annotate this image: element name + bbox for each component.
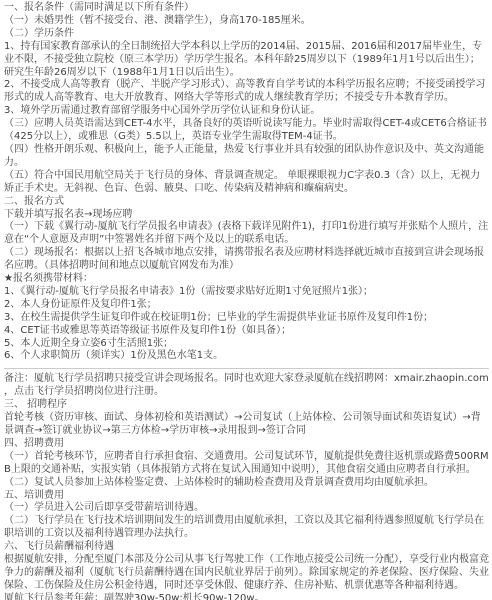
paragraph: 下载并填写报名表→现场应聘 bbox=[4, 209, 489, 222]
paragraph: （二）学历条件 bbox=[4, 28, 489, 41]
paragraph: （一）学员进入公司后即享受带薪培训待遇。 bbox=[4, 502, 489, 515]
paragraph: （二）飞行学员在飞行技术培训期间发生的培训费用由厦航承担，工资以及其它福利待遇参… bbox=[4, 515, 489, 541]
paragraph: 根据厦航安排，分配至厦门本部及分公司从事飞行驾驶工作（工作地点接受公司统一分配）… bbox=[4, 554, 489, 593]
paragraph: 6、个人求职简历（须详实）1份及黑色水笔1支。 bbox=[4, 350, 489, 363]
paragraph: 首轮考核（资历审核、面试、身体初检和英语测试）→公司复试（上站体检、公司领导面试… bbox=[4, 412, 489, 438]
paragraph: 1、《翼行动-厦航飞行学员报名申请表》1份（需按要求贴好近期1寸免冠照片1张）； bbox=[4, 286, 489, 299]
paragraph: 3、境外学历需通过教育部留学服务中心国外学历学位认证和身份认证。 bbox=[4, 105, 489, 118]
paragraph: （二）现场报名：根据以上招飞各城市地点安排，请携带报名表及应聘材料选择就近城市直… bbox=[4, 247, 489, 273]
paragraph: 厦航飞行员参考年薪：副驾驶30w-50w;机长90w-120w。 bbox=[4, 593, 489, 600]
paragraph: 1、持有国家教育部承认的全日制统招大学本科以上学历的2014届、2015届、20… bbox=[4, 41, 489, 80]
recruitment-notice-document: 一、报名条件（需同时满足以下所有条件）（一）未婚男性（暂不接受台、港、澳籍学生）… bbox=[0, 0, 492, 600]
paragraph: （四）性格开朗乐观、积极向上，能予人正能量，热爱飞行事业并具有较强的团队协作意识… bbox=[4, 144, 489, 170]
paragraph: （二）复试人员参加上站体检鉴定费、上站体检时的辅助检查费用及背景调查费用均由厦航… bbox=[4, 477, 489, 490]
paragraph: （一）未婚男性（暂不接受台、港、澳籍学生），身高170-185厘米。 bbox=[4, 15, 489, 28]
paragraph: 4、CET证书或雅思等英语等级证书原件及复印件1份（如具备）； bbox=[4, 325, 489, 338]
section-heading: 四、招聘费用 bbox=[4, 438, 489, 451]
paragraph: 3、在校生需提供学生证复印件或在校证明1份；已毕业的学生需提供毕业证书原件及复印… bbox=[4, 312, 489, 325]
section-heading: 三、 招聘程序 bbox=[4, 399, 489, 412]
paragraph: ★报名须携带材料： bbox=[4, 273, 489, 286]
paragraph: （一）下载《翼行动-厦航飞行学员报名申请表》(表格下载详见附件1)，打印1份进行… bbox=[4, 221, 489, 247]
paragraph: （一）首轮考核环节，应聘者自行承担食宿、交通费用。公司复试环节，厦航提供免费往返… bbox=[4, 451, 489, 477]
paragraph: （五）符合中国民用航空局关于飞行员的身体、背景调查规定。 单眼裸眼视力C字表0.… bbox=[4, 170, 489, 196]
paragraph: 备注：厦航飞行学员招聘只接受宣讲会现场报名。同时也欢迎大家登录厦航在线招聘网：x… bbox=[4, 373, 489, 399]
section-heading: 六、飞行员薪酬福利待遇 bbox=[4, 541, 489, 554]
section-divider bbox=[4, 368, 489, 369]
paragraph: 2、不接受成人高等教育（脱产、半脱产学习形式）、高等教育自学考试的本科学历报名应… bbox=[4, 79, 489, 105]
paragraph: 5、本人近期全身立姿6寸生活照1张； bbox=[4, 338, 489, 351]
section-heading: 二、报名方式 bbox=[4, 196, 489, 209]
paragraph: （三）应聘人员英语需达到CET-4水平，具备良好的英语听说读写能力。毕业时需取得… bbox=[4, 118, 489, 144]
section-heading: 一、报名条件（需同时满足以下所有条件） bbox=[4, 2, 489, 15]
paragraph: 2、本人身份证原件及复印件1张； bbox=[4, 299, 489, 312]
section-heading: 五、培训费用 bbox=[4, 490, 489, 503]
